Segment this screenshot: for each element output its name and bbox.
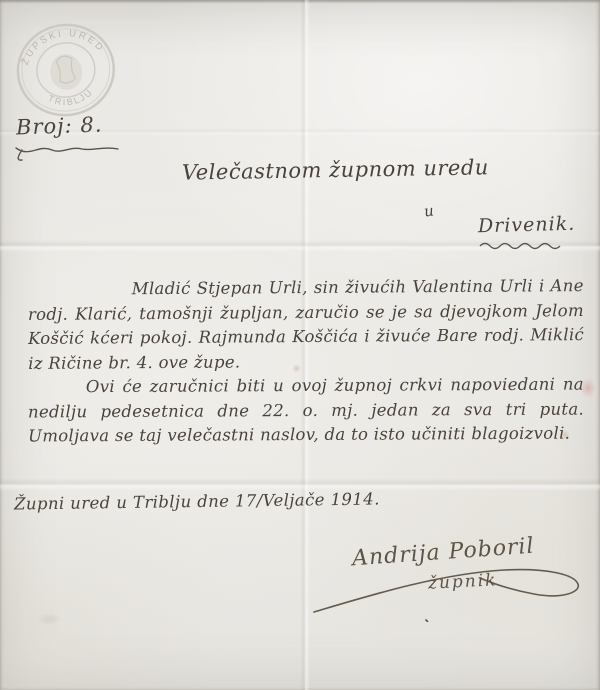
salutation-line: Velečastnom župnom uredu: [182, 155, 482, 184]
svg-text:TRIBLJU: TRIBLJU: [45, 86, 96, 111]
horizontal-fold-crease-lower: [0, 478, 600, 491]
recipient-place-name: Drivenik.: [478, 213, 576, 238]
scanned-letter-page: ŽUPSKI URED TRIBLJU Broj: 8. Velečastnom…: [0, 0, 600, 690]
reference-number: Broj: 8.: [16, 112, 103, 139]
seal-text-bottom: TRIBLJU: [45, 86, 96, 111]
recipient-wavy-underline: [478, 240, 570, 250]
reference-underline-flourish: [12, 142, 122, 164]
signature-flourish: [308, 536, 596, 622]
recipient-preposition: u: [423, 201, 435, 220]
dateline: Župni ured u Triblju dne 17/Veljače 1914…: [14, 489, 380, 513]
body-paragraph-2: Ovi će zaručnici biti u ovoj župnoj crkv…: [28, 373, 584, 449]
stain-spot: [36, 612, 62, 626]
body-paragraph-1: Mladić Stjepan Urli, sin živućih Valenti…: [28, 274, 585, 376]
